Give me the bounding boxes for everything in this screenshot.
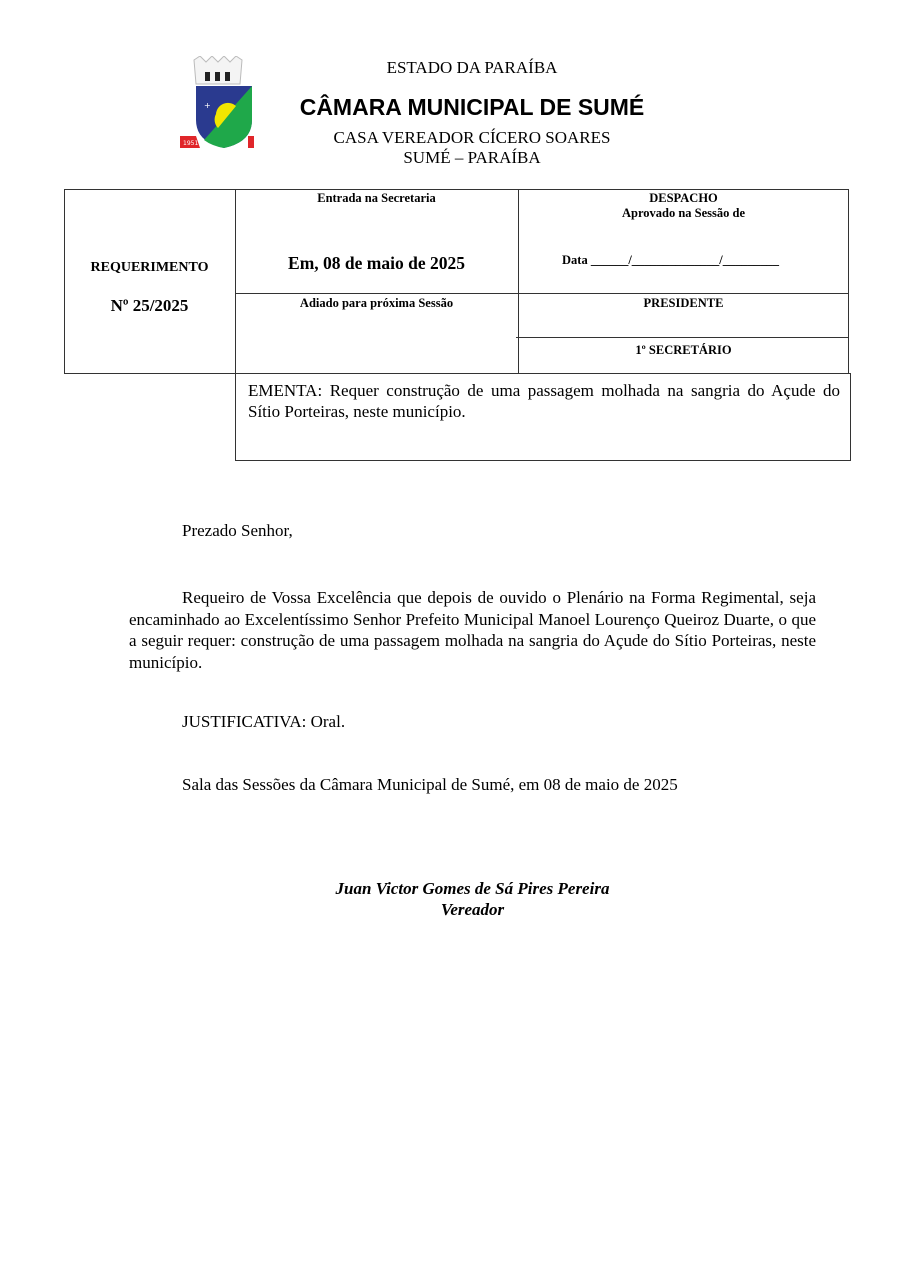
- presidente-label: PRESIDENTE: [518, 296, 849, 311]
- ementa-text: EMENTA: Requer construção de uma passage…: [248, 380, 840, 422]
- aprovado-label: Aprovado na Sessão de: [518, 206, 849, 221]
- divider: [235, 189, 236, 374]
- entrada-date: Em, 08 de maio de 2025: [235, 253, 518, 274]
- despacho-label: DESPACHO: [518, 191, 849, 206]
- divider: [235, 293, 849, 294]
- closing-line: Sala das Sessões da Câmara Municipal de …: [182, 774, 678, 796]
- request-paragraph: Requeiro de Vossa Excelência que depois …: [129, 587, 816, 673]
- coat-of-arms-icon: + 1951: [178, 56, 254, 150]
- justificativa: JUSTIFICATIVA: Oral.: [182, 711, 345, 733]
- adiado-label: Adiado para próxima Sessão: [235, 296, 518, 311]
- ementa-box: EMENTA: Requer construção de uma passage…: [235, 373, 851, 461]
- chamber-title: CÂMARA MUNICIPAL DE SUMÉ: [270, 94, 674, 121]
- state-heading: ESTADO DA PARAÍBA: [280, 58, 664, 78]
- doc-number: Nº 25/2025: [64, 296, 235, 316]
- signatory-role: Vereador: [200, 900, 745, 920]
- svg-text:1951: 1951: [183, 140, 198, 147]
- city-subtitle: SUMÉ – PARAÍBA: [280, 148, 664, 168]
- secretario-label: 1º SECRETÁRIO: [518, 343, 849, 358]
- house-subtitle: CASA VEREADOR CÍCERO SOARES: [280, 128, 664, 148]
- doc-type-label: REQUERIMENTO: [64, 260, 235, 276]
- data-field-line: Data ______/______________/_________: [562, 253, 842, 268]
- signatory-name: Juan Victor Gomes de Sá Pires Pereira: [200, 879, 745, 899]
- divider: [516, 337, 848, 338]
- entrada-label: Entrada na Secretaria: [235, 191, 518, 206]
- svg-text:+: +: [204, 101, 211, 110]
- salutation: Prezado Senhor,: [182, 520, 293, 542]
